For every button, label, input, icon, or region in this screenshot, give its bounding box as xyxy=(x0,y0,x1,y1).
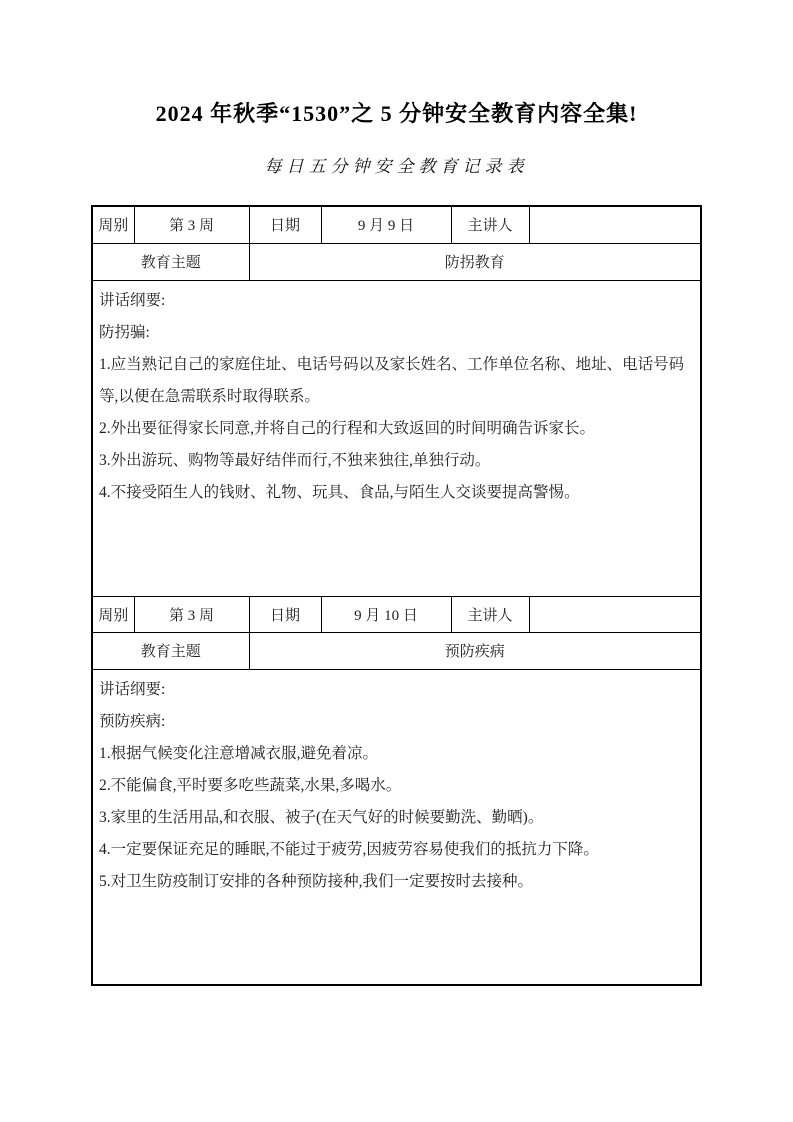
session2-point-3: 3.家里的生活用品,和衣服、被子(在天气好的时候要勤洗、勤晒)。 xyxy=(99,802,692,834)
session1-outline-label: 讲话纲要: xyxy=(99,285,692,317)
session2-week-value: 第 3 周 xyxy=(134,596,249,632)
session1-topic-label: 教育主题 xyxy=(92,243,249,280)
document-title: 2024 年秋季“1530”之 5 分钟安全教育内容全集! xyxy=(0,99,793,129)
session2-speaker-value-blank xyxy=(529,596,701,632)
session2-point-2: 2.不能偏食,平时要多吃些蔬菜,水果,多喝水。 xyxy=(99,770,692,802)
session1-outline-cell: 讲话纲要: 防拐骗: 1.应当熟记自己的家庭住址、电话号码以及家长姓名、工作单位… xyxy=(92,280,701,596)
session1-point-1: 1.应当熟记自己的家庭住址、电话号码以及家长姓名、工作单位名称、地址、电话号码等… xyxy=(99,349,692,413)
session2-point-5: 5.对卫生防疫制订安排的各种预防接种,我们一定要按时去接种。 xyxy=(99,866,692,898)
safety-education-record-table: 周别 第 3 周 日期 9 月 9 日 主讲人 教育主题 防拐教育 讲话纲要: … xyxy=(91,205,702,986)
session2-topic-row: 教育主题 预防疾病 xyxy=(92,632,701,669)
session2-outline-label: 讲话纲要: xyxy=(99,674,692,706)
session1-topic-row: 教育主题 防拐教育 xyxy=(92,243,701,280)
session2-topic-value: 预防疾病 xyxy=(249,632,701,669)
session2-point-1: 1.根据气候变化注意增减衣服,避免着凉。 xyxy=(99,738,692,770)
session1-speaker-value-blank xyxy=(529,206,701,243)
session1-point-3: 3.外出游玩、购物等最好结伴而行,不独来独往,单独行动。 xyxy=(99,445,692,477)
session1-date-label: 日期 xyxy=(249,206,321,243)
session2-date-value: 9 月 10 日 xyxy=(321,596,451,632)
session1-point-2: 2.外出要征得家长同意,并将自己的行程和大致返回的时间明确告诉家长。 xyxy=(99,413,692,445)
session2-date-label: 日期 xyxy=(249,596,321,632)
session1-point-4: 4.不接受陌生人的钱财、礼物、玩具、食品,与陌生人交谈要提高警惕。 xyxy=(99,477,692,509)
session2-topic-label: 教育主题 xyxy=(92,632,249,669)
session1-outline-subheading: 防拐骗: xyxy=(99,317,692,349)
session1-date-value: 9 月 9 日 xyxy=(321,206,451,243)
document-subtitle: 每日五分钟安全教育记录表 xyxy=(0,155,793,179)
session1-week-label: 周别 xyxy=(92,206,134,243)
session2-outline-subheading: 预防疾病: xyxy=(99,706,692,738)
session1-topic-value: 防拐教育 xyxy=(249,243,701,280)
session2-week-label: 周别 xyxy=(92,596,134,632)
session1-speaker-label: 主讲人 xyxy=(451,206,529,243)
session1-outline-row: 讲话纲要: 防拐骗: 1.应当熟记自己的家庭住址、电话号码以及家长姓名、工作单位… xyxy=(92,280,701,596)
session2-speaker-label: 主讲人 xyxy=(451,596,529,632)
session2-point-4: 4.一定要保证充足的睡眠,不能过于疲劳,因疲劳容易使我们的抵抗力下降。 xyxy=(99,834,692,866)
document-page: 2024 年秋季“1530”之 5 分钟安全教育内容全集! 每日五分钟安全教育记… xyxy=(0,0,793,1122)
session1-meta-row: 周别 第 3 周 日期 9 月 9 日 主讲人 xyxy=(92,206,701,243)
session1-week-value: 第 3 周 xyxy=(134,206,249,243)
session2-meta-row: 周别 第 3 周 日期 9 月 10 日 主讲人 xyxy=(92,596,701,632)
session2-outline-row: 讲话纲要: 预防疾病: 1.根据气候变化注意增减衣服,避免着凉。 2.不能偏食,… xyxy=(92,669,701,985)
session2-outline-cell: 讲话纲要: 预防疾病: 1.根据气候变化注意增减衣服,避免着凉。 2.不能偏食,… xyxy=(92,669,701,985)
